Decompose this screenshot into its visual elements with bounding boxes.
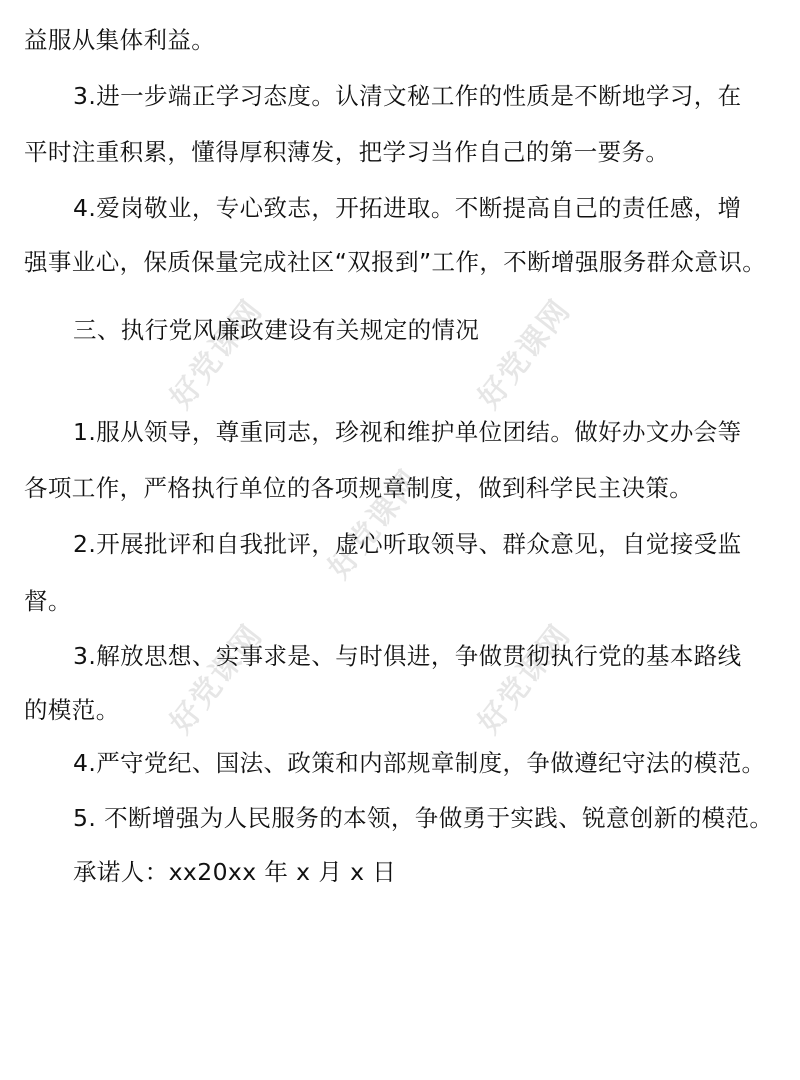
paragraph-line: 4.爱岗敬业，专心致志，开拓进取。不断提高自己的责任感，增 xyxy=(73,193,742,223)
document-page: 好党课网 好党课网 好党课网 好党课网 好党课网 益服从集体利益。 3.进一步端… xyxy=(0,0,800,1080)
paragraph-line: 各项工作，严格执行单位的各项规章制度，做到科学民主决策。 xyxy=(24,473,693,503)
watermark: 好党课网 xyxy=(157,613,270,741)
watermark: 好党课网 xyxy=(157,288,270,416)
watermark: 好党课网 xyxy=(465,613,578,741)
paragraph-line: 5. 不断增强为人民服务的本领，争做勇于实践、锐意创新的模范。 xyxy=(73,803,773,833)
paragraph-line: 3.解放思想、实事求是、与时俱进，争做贯彻执行党的基本路线 xyxy=(73,641,742,671)
paragraph-line: 3.进一步端正学习态度。认清文秘工作的性质是不断地学习，在 xyxy=(73,81,742,111)
paragraph-line: 强事业心，保质保量完成社区“双报到”工作，不断增强服务群众意识。 xyxy=(24,247,766,277)
paragraph-line: 2.开展批评和自我批评，虚心听取领导、群众意见，自觉接受监 xyxy=(73,529,742,559)
paragraph-line: 平时注重积累，懂得厚积薄发，把学习当作自己的第一要务。 xyxy=(24,137,669,167)
watermark: 好党课网 xyxy=(465,288,578,416)
paragraph-line: 的模范。 xyxy=(24,695,120,725)
signature-line: 承诺人：xx20xx 年 x 月 x 日 xyxy=(73,857,396,887)
section-heading: 三、执行党风廉政建设有关规定的情况 xyxy=(73,315,479,345)
paragraph-line: 4.严守党纪、国法、政策和内部规章制度，争做遵纪守法的模范。 xyxy=(73,748,765,778)
paragraph-line: 督。 xyxy=(24,586,72,616)
paragraph-line: 益服从集体利益。 xyxy=(24,25,215,55)
paragraph-line: 1.服从领导，尊重同志，珍视和维护单位团结。做好办文办会等 xyxy=(73,417,742,447)
